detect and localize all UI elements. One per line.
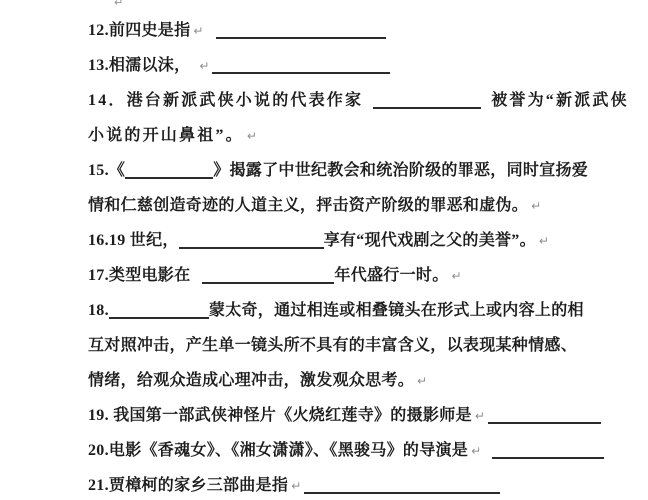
question-text: 情和仁慈创造奇迹的人道主义，抨击资产阶级的罪恶和虚伪。 xyxy=(88,197,528,214)
answer-blank-q12[interactable] xyxy=(216,23,386,39)
question-15-line-2: 情和仁慈创造奇迹的人道主义，抨击资产阶级的罪恶和虚伪。↵ xyxy=(88,188,568,223)
question-14-line-2: 小说的开山鼻祖”。↵ xyxy=(88,118,568,153)
answer-blank-q13[interactable] xyxy=(212,58,390,74)
line-break-mark-icon: ↵ xyxy=(531,199,541,213)
question-text: 20.电影《香魂女》、《湘女潇潇》、《黑骏马》的导演是 xyxy=(88,442,468,459)
question-18-line-3: 情绪，给观众造成心理冲击，激发观众思考。↵ xyxy=(88,363,568,398)
question-text: 13.相濡以沫， xyxy=(88,57,190,74)
question-text: 21.贾樟柯的家乡三部曲是指 xyxy=(88,477,288,494)
answer-blank-q16[interactable] xyxy=(179,233,324,249)
document-page: ↵ 12.前四史是指↵13.相濡以沫，↵14．港台新派武侠小说的代表作家被誉为“… xyxy=(0,0,648,500)
answer-blank-q20[interactable] xyxy=(492,443,604,459)
line-break-mark-icon: ↵ xyxy=(475,409,485,423)
question-text: 17.类型电影在 xyxy=(88,267,190,284)
question-text: 蒙太奇，通过相连或相叠镜头在形式上或内容上的相 xyxy=(209,302,584,319)
document-body: 12.前四史是指↵13.相濡以沫，↵14．港台新派武侠小说的代表作家被誉为“新派… xyxy=(88,13,568,500)
question-text: 被誉为“新派武侠 xyxy=(491,92,629,109)
question-12: 12.前四史是指↵ xyxy=(88,13,568,48)
question-14-line-1: 14．港台新派武侠小说的代表作家被誉为“新派武侠 xyxy=(88,83,568,118)
question-16: 16.19 世纪，享有“现代戏剧之父的美誉”。↵ xyxy=(88,223,568,258)
line-break-mark-icon: ↵ xyxy=(199,59,209,73)
line-break-mark-icon: ↵ xyxy=(452,269,462,283)
question-21: 21.贾樟柯的家乡三部曲是指↵ xyxy=(88,468,568,500)
answer-blank-q18[interactable] xyxy=(109,303,209,319)
question-text: 19. 我国第一部武侠神怪片《火烧红莲寺》的摄影师是 xyxy=(88,407,472,424)
question-17: 17.类型电影在年代盛行一时。↵ xyxy=(88,258,568,293)
question-text: 12.前四史是指 xyxy=(88,22,190,39)
line-break-mark-icon: ↵ xyxy=(417,374,427,388)
answer-blank-q21[interactable] xyxy=(304,478,500,494)
stray-return-mark-icon: ↵ xyxy=(114,0,123,9)
line-break-mark-icon: ↵ xyxy=(291,479,301,493)
question-text: 年代盛行一时。 xyxy=(334,267,448,284)
line-break-mark-icon: ↵ xyxy=(471,444,481,458)
question-18-line-2: 互对照冲击，产生单一镜头所不具有的丰富含义，以表现某种情感、 xyxy=(88,328,568,363)
question-text: 16.19 世纪， xyxy=(88,232,179,249)
answer-blank-q14[interactable] xyxy=(373,93,481,109)
question-13: 13.相濡以沫，↵ xyxy=(88,48,568,83)
question-15-line-1: 15.《》揭露了中世纪教会和统治阶级的罪恶，同时宣扬爱 xyxy=(88,153,568,188)
question-text: 情绪，给观众造成心理冲击，激发观众思考。 xyxy=(88,372,414,389)
question-text: 14．港台新派武侠小说的代表作家 xyxy=(88,92,363,109)
answer-blank-q19[interactable] xyxy=(488,408,601,424)
question-19: 19. 我国第一部武侠神怪片《火烧红莲寺》的摄影师是↵ xyxy=(88,398,568,433)
line-break-mark-icon: ↵ xyxy=(193,24,203,38)
question-text: 互对照冲击，产生单一镜头所不具有的丰富含义，以表现某种情感、 xyxy=(88,337,577,354)
question-20: 20.电影《香魂女》、《湘女潇潇》、《黑骏马》的导演是↵ xyxy=(88,433,568,468)
answer-blank-q15[interactable] xyxy=(125,163,213,179)
question-text: 15.《 xyxy=(88,162,125,179)
question-text: 享有“现代戏剧之父的美誉”。 xyxy=(324,232,536,249)
line-break-mark-icon: ↵ xyxy=(247,129,257,143)
question-18-line-1: 18.蒙太奇，通过相连或相叠镜头在形式上或内容上的相 xyxy=(88,293,568,328)
answer-blank-q17[interactable] xyxy=(202,268,334,284)
question-text: 小说的开山鼻祖”。 xyxy=(88,127,244,144)
line-break-mark-icon: ↵ xyxy=(539,234,549,248)
question-text: 》揭露了中世纪教会和统治阶级的罪恶，同时宣扬爱 xyxy=(213,162,588,179)
question-text: 18. xyxy=(88,302,109,319)
